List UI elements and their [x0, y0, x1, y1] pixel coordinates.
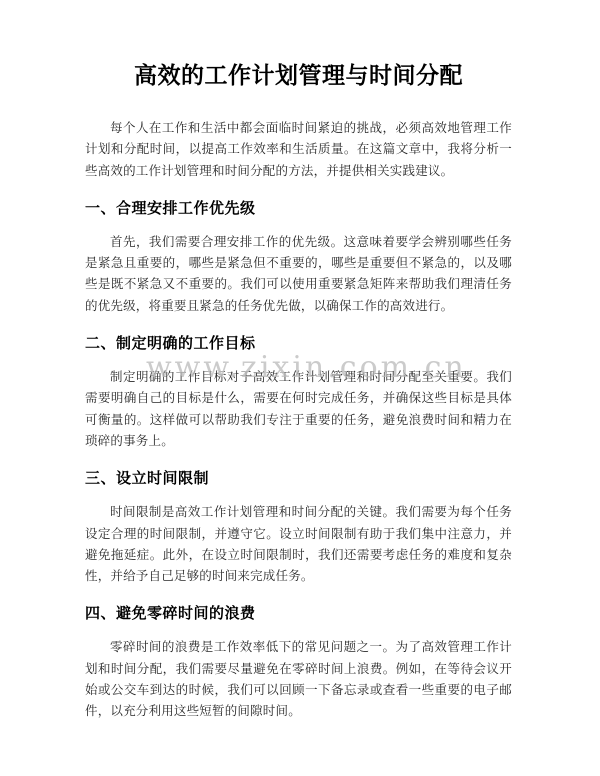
section-heading-2: 二、制定明确的工作目标	[85, 333, 512, 354]
section-heading-1: 一、合理安排工作优先级	[85, 198, 512, 219]
section-paragraph-4: 零碎时间的浪费是工作效率低下的常见问题之一。为了高效管理工作计划和时间分配，我们…	[85, 637, 512, 722]
section-paragraph-1: 首先，我们需要合理安排工作的优先级。这意味着要学会辨别哪些任务是紧急且重要的，哪…	[85, 232, 512, 317]
document-title: 高效的工作计划管理与时间分配	[85, 60, 512, 90]
document-page: 高效的工作计划管理与时间分配 每个人在工作和生活中都会面临时间紧迫的挑战，必须高…	[0, 0, 600, 776]
section-paragraph-3: 时间限制是高效工作计划管理和时间分配的关键。我们需要为每个任务设定合理的时间限制…	[85, 502, 512, 587]
section-paragraph-2: 制定明确的工作目标对于高效工作计划管理和时间分配至关重要。我们需要明确自己的目标…	[85, 367, 512, 452]
section-heading-4: 四、避免零碎时间的浪费	[85, 603, 512, 624]
intro-paragraph: 每个人在工作和生活中都会面临时间紧迫的挑战，必须高效地管理工作计划和分配时间，以…	[85, 118, 512, 182]
section-heading-3: 三、设立时间限制	[85, 468, 512, 489]
